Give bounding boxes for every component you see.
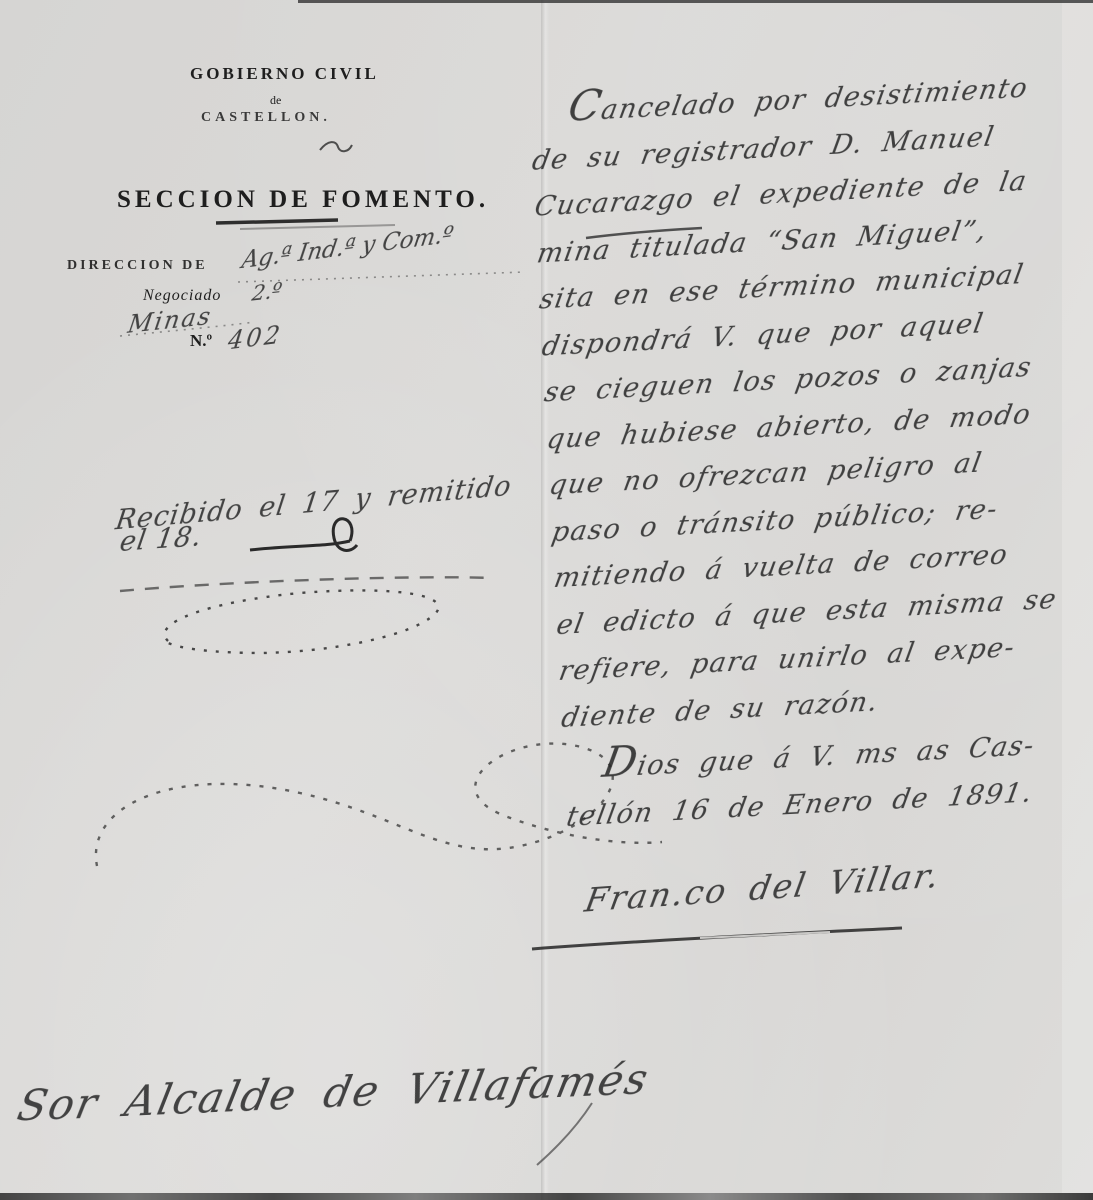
addressee-line: Sor Alcalde de Villafamés (13, 1054, 654, 1131)
scan-top-edge-line (298, 0, 1093, 3)
letterhead-section-title: SECCION DE FOMENTO. (117, 186, 489, 214)
section-underline-faint (240, 225, 395, 229)
letterhead-org-line2: de (270, 93, 281, 108)
letter-body: Cancelado por desistimiento de su regist… (523, 56, 1093, 841)
registry-note-line2: el 18. (118, 521, 205, 558)
letterhead-negociado-value: 2.º (250, 278, 283, 306)
scan-bottom-edge-band (0, 1193, 1093, 1200)
registry-broken-rule (120, 577, 492, 591)
letterhead-org-line3: CASTELLON. (201, 110, 331, 126)
signature-rule (532, 928, 902, 949)
signature-text: Fran.co del Villar. (582, 855, 944, 919)
signature-rule-skip (700, 932, 830, 938)
letterhead-numero-label: N.º (190, 331, 212, 351)
fleuron-ornament-icon (320, 142, 352, 151)
registry-dash-flourish (250, 519, 357, 551)
letterhead-org-line1: GOBIERNO CIVIL (190, 64, 379, 84)
section-underline (216, 220, 338, 223)
letterhead-direccion-label: DIRECCION DE (67, 258, 208, 274)
letterhead-direccion-value: Ag.ª Ind.ª y Com.º (240, 221, 455, 274)
letterhead-numero-value: 402 (226, 320, 284, 355)
oval-paraph-flourish (165, 590, 439, 653)
document-page: GOBIERNO CIVIL de CASTELLON. SECCION DE … (0, 0, 1093, 1200)
